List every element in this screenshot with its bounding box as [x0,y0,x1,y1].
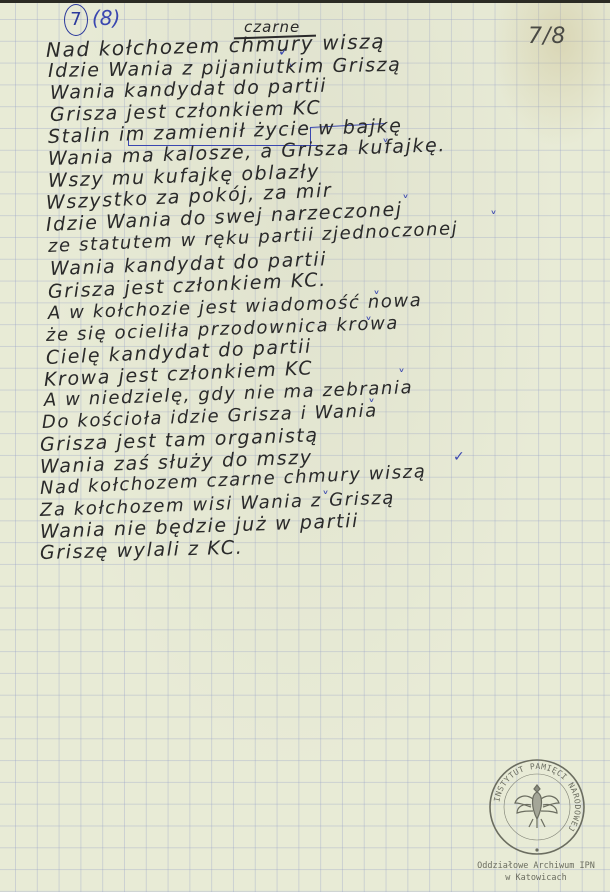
folio-number: 7/8 [528,24,566,49]
circled-page-number: 7 [64,4,88,36]
scan-top-edge [0,0,610,3]
document-page: 7 (8) 7/8 czarne ✓ ˅ ˅ ˅ ˅ ˅ ˅ ˅ ˅ ✓ ˅ N… [0,0,610,892]
eagle-emblem-icon [515,785,559,828]
stamp-caption-line2: w Katowicach [466,872,606,884]
stamp-caption: Oddziałowe Archiwum IPN w Katowicach [466,860,606,884]
correction-caret-icon: ˅ [490,210,497,226]
correction-caret-icon: ˅ [402,194,409,210]
correction-caret-icon: ✓ [453,449,465,465]
poem-line: Griszę wylali z KC. [40,539,244,563]
parenthesized-page-number: (8) [92,6,120,30]
ipn-archive-stamp: INSTYTUT PAMIĘCI NARODOWEJ [487,757,587,857]
stamp-caption-line1: Oddziałowe Archiwum IPN [466,860,606,872]
